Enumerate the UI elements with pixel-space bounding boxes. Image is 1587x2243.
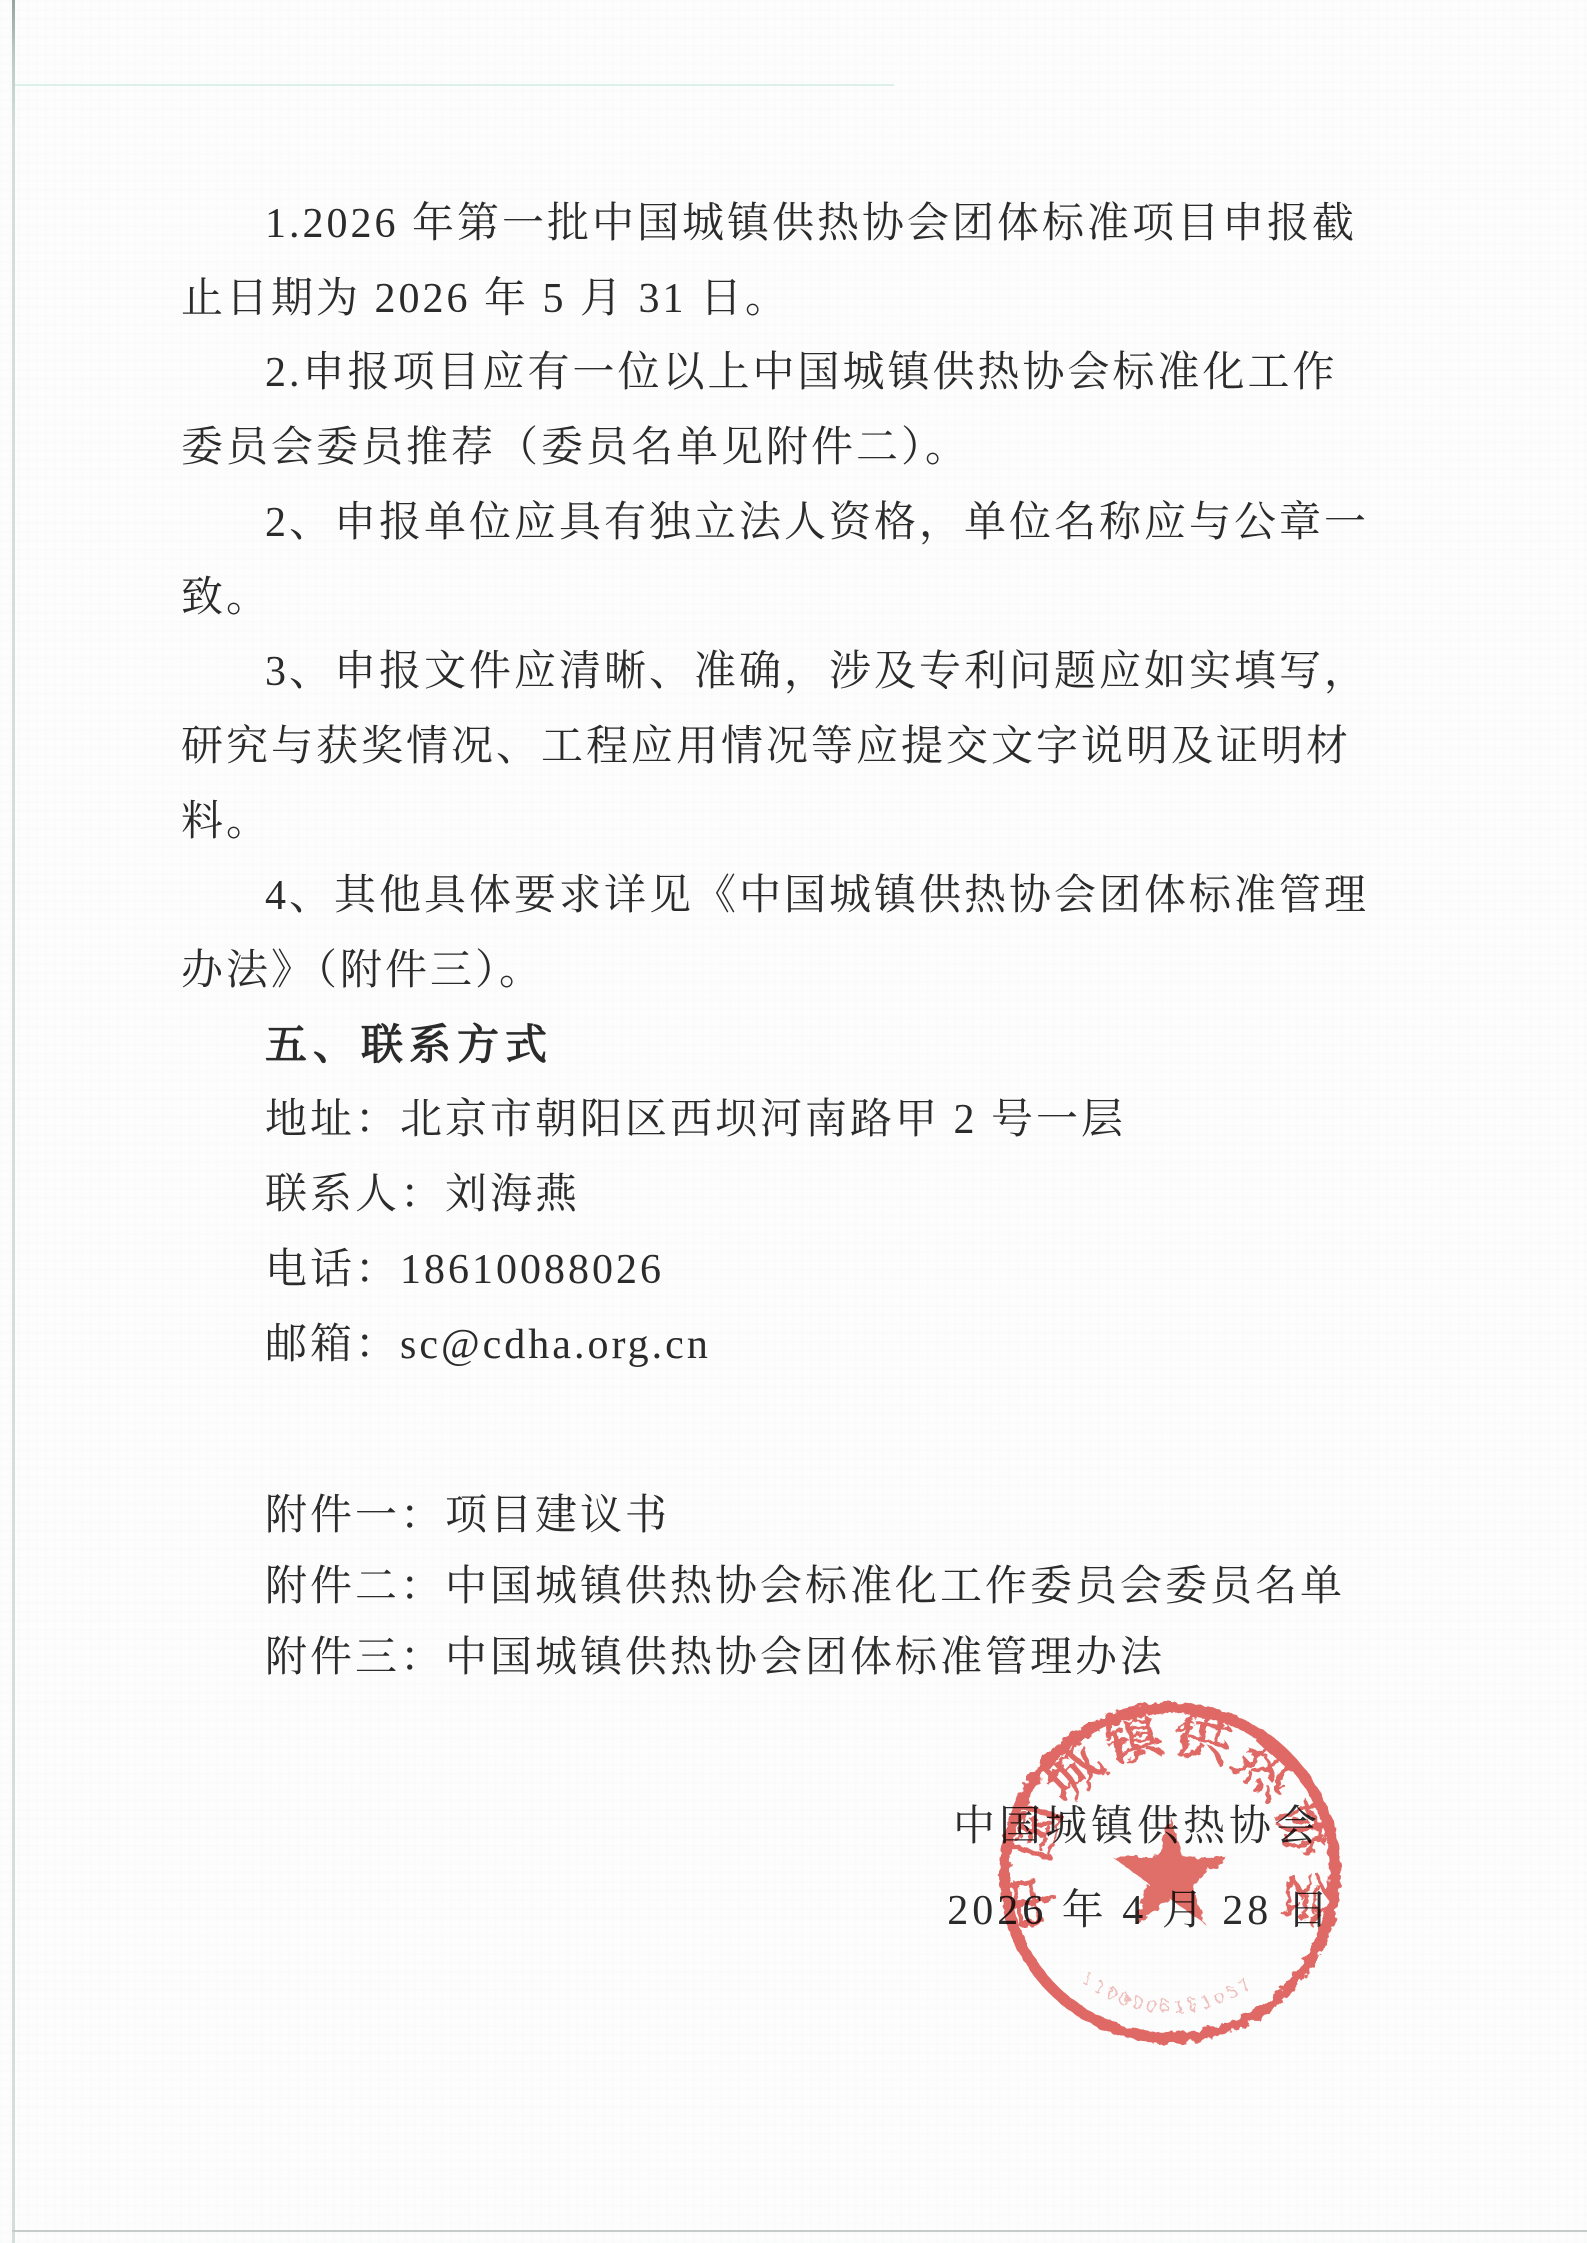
body-line: 研究与获奖情况、工程应用情况等应提交文字说明及证明材 (181, 710, 1441, 785)
body-line: 止日期为 2026 年 5 月 31 日。 (181, 262, 1441, 337)
body-line: 办法》（附件三）。 (181, 934, 1441, 1009)
body-line: 料。 (181, 785, 1441, 860)
attachment-line-3: 附件三：中国城镇供热协会团体标准管理办法 (181, 1623, 1481, 1694)
body-line: 1.2026 年第一批中国城镇供热协会团体标准项目申报截 (181, 187, 1441, 262)
contact-phone-line: 电话：18610088026 (181, 1233, 1441, 1308)
body-line: 致。 (181, 561, 1441, 636)
body-line: 2、申报单位应具有独立法人资格，单位名称应与公章一 (181, 486, 1441, 561)
body-line: 3、申报文件应清晰、准确，涉及专利问题应如实填写， (181, 635, 1441, 710)
seal-star-icon (1113, 1816, 1227, 1925)
attachments-list: 附件一：项目建议书 附件二：中国城镇供热协会标准化工作委员会委员名单 附件三：中… (181, 1481, 1481, 1694)
seal-code-container: 1100006161057 (1077, 1968, 1257, 2018)
contact-email-line: 邮箱：sc@cdha.org.cn (181, 1308, 1441, 1383)
seal-code: 1100006161057 (1077, 1968, 1257, 2018)
document-body: 1.2026 年第一批中国城镇供热协会团体标准项目申报截 止日期为 2026 年… (181, 187, 1441, 1382)
body-line: 2.申报项目应有一位以上中国城镇供热协会标准化工作 (181, 336, 1441, 411)
scan-streak-artifact (14, 84, 894, 86)
scanned-document-page: 1.2026 年第一批中国城镇供热协会团体标准项目申报截 止日期为 2026 年… (0, 0, 1587, 2243)
attachment-line-2: 附件二：中国城镇供热协会标准化工作委员会委员名单 (181, 1552, 1481, 1623)
contact-address-line: 地址：北京市朝阳区西坝河南路甲 2 号一层 (181, 1083, 1441, 1158)
scan-bottom-edge-line (12, 2230, 1587, 2232)
official-seal: 中国城镇供热协会 1100006161057 (985, 1688, 1355, 2058)
body-line: 委员会委员推荐（委员名单见附件二）。 (181, 411, 1441, 486)
body-line: 4、其他具体要求详见《中国城镇供热协会团体标准管理 (181, 859, 1441, 934)
attachment-line-1: 附件一：项目建议书 (181, 1481, 1481, 1552)
section-heading-contact: 五、联系方式 (181, 1009, 1441, 1084)
scan-left-edge-line (12, 0, 15, 2243)
contact-person-line: 联系人：刘海燕 (181, 1158, 1441, 1233)
